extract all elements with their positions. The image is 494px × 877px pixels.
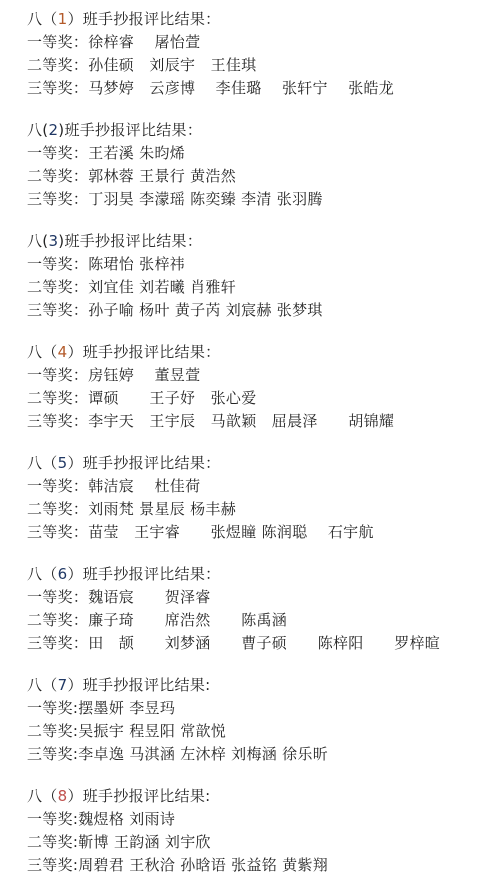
header-suffix: ）班手抄报评比结果： (67, 343, 220, 361)
class-prefix: 八（ (27, 343, 58, 361)
class-result-section: 八（7）班手抄报评比结果: 一等奖:摆墨妍 李昱玛 二等奖:吴振宇 程昱阳 常歆… (27, 674, 488, 766)
section-header: 八（6）班手抄报评比结果： (27, 563, 488, 586)
section-header: 八（1）班手抄报评比结果： (27, 8, 488, 31)
second-prize-line: 二等奖：刘宜佳 刘若曦 肖雅轩 (27, 276, 488, 299)
class-result-section: 八(2)班手抄报评比结果： 一等奖：王若溪 朱昀烯 二等奖：郭林蓉 王景行 黄浩… (27, 119, 488, 211)
class-prefix: 八( (27, 232, 48, 250)
header-suffix: )班手抄报评比结果： (58, 121, 202, 139)
class-result-section: 八（1）班手抄报评比结果： 一等奖：徐梓睿 屠怡萱 二等奖：孙佳硕 刘辰宇 王佳… (27, 8, 488, 100)
second-prize-line: 二等奖:吴振宇 程昱阳 常歆悦 (27, 720, 488, 743)
class-result-section: 八（4）班手抄报评比结果： 一等奖：房钰婷 董昱萱 二等奖：谭硕 王子妤 张心爱… (27, 341, 488, 433)
section-header: 八（5）班手抄报评比结果： (27, 452, 488, 475)
first-prize-line: 一等奖：房钰婷 董昱萱 (27, 364, 488, 387)
header-suffix: ）班手抄报评比结果： (67, 10, 220, 28)
section-header: 八(2)班手抄报评比结果： (27, 119, 488, 142)
section-header: 八（7）班手抄报评比结果: (27, 674, 488, 697)
class-result-section: 八(3)班手抄报评比结果： 一等奖：陈珺怡 张梓祎 二等奖：刘宜佳 刘若曦 肖雅… (27, 230, 488, 322)
class-prefix: 八（ (27, 10, 58, 28)
section-header: 八(3)班手抄报评比结果： (27, 230, 488, 253)
second-prize-line: 二等奖：谭硕 王子妤 张心爱 (27, 387, 488, 410)
first-prize-line: 一等奖:摆墨妍 李昱玛 (27, 697, 488, 720)
class-result-section: 八（8）班手抄报评比结果: 一等奖:魏煜格 刘雨诗 二等奖:靳博 王韵涵 刘宇欣… (27, 785, 488, 877)
second-prize-line: 二等奖：刘雨梵 景星辰 杨丰赫 (27, 498, 488, 521)
second-prize-line: 二等奖：郭林蓉 王景行 黄浩然 (27, 165, 488, 188)
section-header: 八（4）班手抄报评比结果： (27, 341, 488, 364)
first-prize-line: 一等奖:魏煜格 刘雨诗 (27, 808, 488, 831)
third-prize-line: 三等奖:周碧君 王秋洽 孙晗语 张益铭 黄紫翔 (27, 854, 488, 877)
first-prize-line: 一等奖：陈珺怡 张梓祎 (27, 253, 488, 276)
third-prize-line: 三等奖：丁羽昊 李濛瑶 陈奕臻 李清 张羽腾 (27, 188, 488, 211)
second-prize-line: 二等奖:靳博 王韵涵 刘宇欣 (27, 831, 488, 854)
class-prefix: 八（ (27, 565, 58, 583)
class-prefix: 八（ (27, 676, 58, 694)
class-prefix: 八（ (27, 454, 58, 472)
class-number: 8 (58, 787, 68, 805)
first-prize-line: 一等奖：徐梓睿 屠怡萱 (27, 31, 488, 54)
class-number: 4 (58, 343, 68, 361)
first-prize-line: 一等奖：韩洁宸 杜佳荷 (27, 475, 488, 498)
third-prize-line: 三等奖：马梦婷 云彦博 李佳璐 张轩宁 张皓龙 (27, 77, 488, 100)
class-number: 5 (58, 454, 68, 472)
class-number: 3 (48, 232, 58, 250)
class-number: 1 (58, 10, 68, 28)
first-prize-line: 一等奖：王若溪 朱昀烯 (27, 142, 488, 165)
header-suffix: )班手抄报评比结果： (58, 232, 202, 250)
second-prize-line: 二等奖：孙佳硕 刘辰宇 王佳琪 (27, 54, 488, 77)
third-prize-line: 三等奖：田 颉 刘梦涵 曹子硕 陈梓阳 罗梓暄 (27, 632, 488, 655)
third-prize-line: 三等奖:李卓逸 马淇涵 左沐梓 刘梅涵 徐乐昕 (27, 743, 488, 766)
document-page: 八（1）班手抄报评比结果： 一等奖：徐梓睿 屠怡萱 二等奖：孙佳硕 刘辰宇 王佳… (0, 0, 494, 877)
third-prize-line: 三等奖：李宇天 王宇辰 马歆颖 屈晨泽 胡锦耀 (27, 410, 488, 433)
third-prize-line: 三等奖：孙子喻 杨叶 黄子芮 刘宸赫 张梦琪 (27, 299, 488, 322)
first-prize-line: 一等奖：魏语宸 贺泽睿 (27, 586, 488, 609)
header-suffix: ）班手抄报评比结果： (67, 565, 220, 583)
class-result-section: 八（6）班手抄报评比结果： 一等奖：魏语宸 贺泽睿 二等奖：廉子琦 席浩然 陈禹… (27, 563, 488, 655)
class-number: 2 (48, 121, 58, 139)
header-suffix: ）班手抄报评比结果: (67, 676, 210, 694)
header-suffix: ）班手抄报评比结果: (67, 787, 210, 805)
third-prize-line: 三等奖：苗莹 王宇睿 张煜瞳 陈润聪 石宇航 (27, 521, 488, 544)
header-suffix: ）班手抄报评比结果： (67, 454, 220, 472)
class-result-section: 八（5）班手抄报评比结果： 一等奖：韩洁宸 杜佳荷 二等奖：刘雨梵 景星辰 杨丰… (27, 452, 488, 544)
class-number: 7 (58, 676, 68, 694)
class-prefix: 八（ (27, 787, 58, 805)
class-number: 6 (58, 565, 68, 583)
second-prize-line: 二等奖：廉子琦 席浩然 陈禹涵 (27, 609, 488, 632)
section-header: 八（8）班手抄报评比结果: (27, 785, 488, 808)
class-prefix: 八( (27, 121, 48, 139)
